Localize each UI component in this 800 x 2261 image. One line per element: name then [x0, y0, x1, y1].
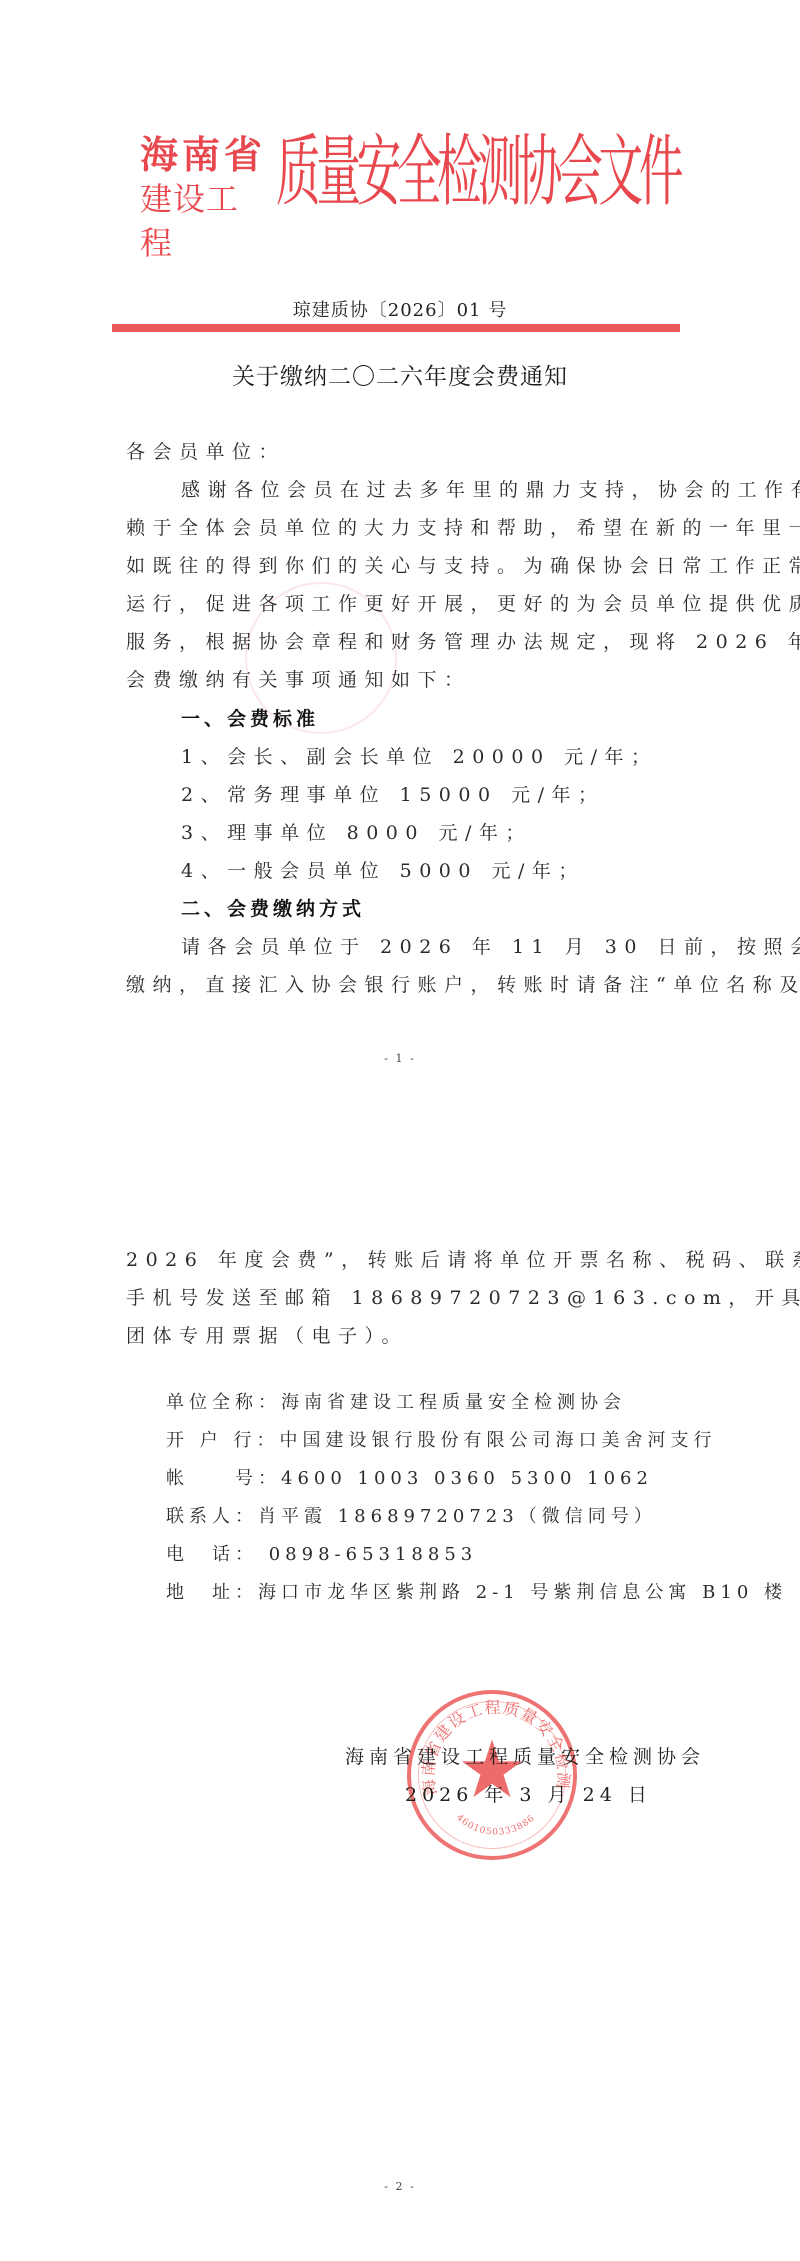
- letterhead-org-prefix: 海南省 建设工程: [140, 133, 270, 265]
- letterhead-line2: 建设工程: [140, 177, 270, 265]
- paragraph-line: 如既往的得到你们的关心与支持。为确保协会日常工作正常: [126, 551, 800, 581]
- info-label: 开 户 行：: [166, 1430, 279, 1451]
- section-heading-fee-standard: 一、会费标准: [126, 704, 319, 734]
- page-number: - 2 -: [0, 2180, 800, 2193]
- paragraph-line: 感谢各位会员在过去多年里的鼎力支持，协会的工作有: [126, 475, 800, 505]
- paragraph-line: 2026 年度会费”，转账后请将单位开票名称、税码、联系人: [126, 1245, 800, 1275]
- salutation: 各会员单位：: [126, 437, 285, 467]
- letterhead-line1: 海南省: [140, 133, 270, 177]
- paragraph-line: 缴纳，直接汇入协会银行账户，转账时请备注“单位名称及: [126, 970, 800, 1000]
- info-label: 电 话：: [166, 1544, 258, 1565]
- info-value: 4600 1003 0360 5300 1062: [281, 1468, 653, 1489]
- info-label: 联系人：: [166, 1506, 258, 1527]
- page-1: 海南省 建设工程 质量安全检测协会文件 琼建质协〔2026〕01 号 关于缴纳二…: [0, 0, 800, 1130]
- paragraph-line: 运行，促进各项工作更好开展，更好的为会员单位提供优质: [126, 589, 800, 619]
- info-row-address: 地 址：海口市龙华区紫荆路 2-1 号紫荆信息公寓 B10 楼: [166, 1578, 787, 1608]
- info-label: 单位全称：: [166, 1392, 281, 1413]
- info-label: 帐 号：: [166, 1468, 281, 1489]
- paragraph-line: 服务，根据协会章程和财务管理办法规定，现将 2026 年度: [126, 627, 800, 657]
- official-seal: 海南省建设工程质量安全检测协会 4601050333886: [407, 1690, 577, 1860]
- red-divider-rule: [112, 324, 680, 332]
- info-row-bank: 开 户 行：中国建设银行股份有限公司海口美舍河支行: [166, 1426, 716, 1456]
- document-number: 琼建质协〔2026〕01 号: [0, 296, 800, 322]
- paragraph-line: 请各会员单位于 2026 年 11 月 30 日前，按照会费标准: [126, 932, 800, 962]
- info-row-contact: 联系人：肖平霞 18689720723（微信同号）: [166, 1502, 657, 1532]
- info-label: 地 址：: [166, 1582, 258, 1603]
- info-value: 中国建设银行股份有限公司海口美舍河支行: [279, 1430, 716, 1451]
- signature-date: 2026 年 3 月 24 日: [405, 1780, 652, 1807]
- info-value: 海南省建设工程质量安全检测协会: [281, 1392, 626, 1413]
- paragraph-line: 团体专用票据（电子）。: [126, 1321, 408, 1351]
- signature-organization: 海南省建设工程质量安全检测协会: [345, 1742, 705, 1769]
- fee-item: 4、一般会员单位 5000 元/年；: [126, 856, 585, 886]
- info-value: 肖平霞 18689720723（微信同号）: [258, 1506, 657, 1527]
- info-row-phone: 电 话： 0898-65318853: [166, 1540, 477, 1570]
- paragraph-line: 赖于全体会员单位的大力支持和帮助，希望在新的一年里一: [126, 513, 800, 543]
- info-row-account-number: 帐 号：4600 1003 0360 5300 1062: [166, 1464, 653, 1494]
- paragraph-line: 会费缴纳有关事项通知如下：: [126, 665, 471, 695]
- page-2: 2026 年度会费”，转账后请将单位开票名称、税码、联系人 手机号发送至邮箱 1…: [0, 1130, 800, 2261]
- info-row-org-name: 单位全称：海南省建设工程质量安全检测协会: [166, 1388, 626, 1418]
- letterhead-main-title: 质量安全检测协会文件: [276, 128, 679, 216]
- fee-item: 1、会长、副会长单位 20000 元/年；: [126, 742, 658, 772]
- section-heading-payment-method: 二、会费缴纳方式: [126, 894, 365, 924]
- fee-item: 2、常务理事单位 15000 元/年；: [126, 780, 605, 810]
- document-title: 关于缴纳二〇二六年度会费通知: [0, 358, 800, 391]
- fee-item: 3、理事单位 8000 元/年；: [126, 818, 532, 848]
- svg-text:4601050333886: 4601050333886: [454, 1813, 537, 1838]
- info-value: 海口市龙华区紫荆路 2-1 号紫荆信息公寓 B10 楼: [258, 1582, 787, 1603]
- page-number: - 1 -: [0, 1052, 800, 1065]
- paragraph-line: 手机号发送至邮箱 18689720723@163.com，开具海南省社会: [126, 1283, 800, 1313]
- info-value: 0898-65318853: [258, 1544, 477, 1565]
